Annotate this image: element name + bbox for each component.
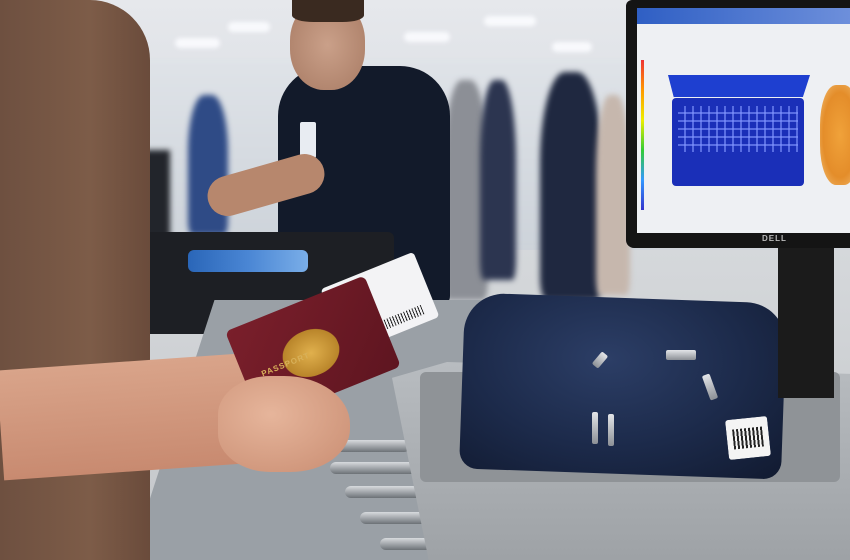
- clothing-in-tray: [188, 250, 308, 272]
- traveler-hand: [218, 376, 350, 472]
- ceiling-light: [228, 22, 270, 32]
- zipper-pull: [608, 414, 614, 446]
- xray-laptop-keyboard: [672, 98, 804, 186]
- ceiling-light: [484, 16, 536, 26]
- xray-organic-item: [820, 85, 850, 185]
- security-checkpoint-photo: DELL PASSPORT: [0, 0, 850, 560]
- background-traveler: [540, 72, 602, 300]
- brand-plate: [666, 350, 696, 360]
- zipper-pull: [592, 412, 598, 444]
- id-badge: [300, 122, 316, 158]
- ceiling-light: [552, 42, 592, 52]
- xray-laptop-lid: [668, 75, 810, 97]
- ceiling-light: [404, 32, 450, 42]
- ceiling-light: [175, 38, 220, 48]
- background-traveler: [480, 80, 516, 280]
- background-traveler: [596, 95, 630, 295]
- monitor-stand: [778, 248, 834, 398]
- screen-titlebar: [637, 8, 850, 24]
- officer-hair: [292, 0, 364, 22]
- luggage-tag-barcode: [725, 416, 771, 460]
- monitor-brand: DELL: [762, 234, 787, 243]
- density-color-scale: [641, 60, 644, 210]
